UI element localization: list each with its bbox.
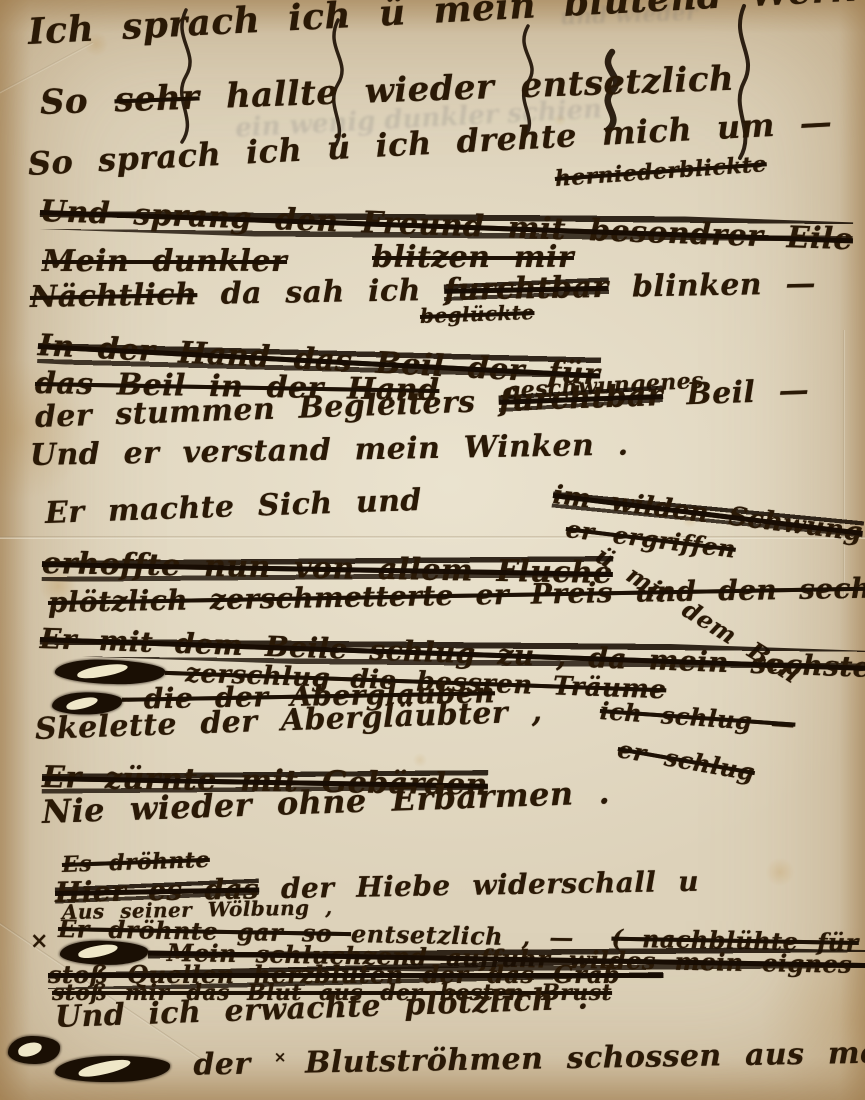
text-segment: der [170,1046,275,1083]
manuscript-line: Ich sprach ich ü mein blutend Werk , [27,0,865,52]
text-segment: blinken — [608,266,816,305]
text-segment: ich schlug — [599,696,796,739]
manuscript-line [8,1036,60,1064]
text-segment: herniederblickte [554,151,767,192]
manuscript-line: Mein dunkler [42,246,287,278]
text-segment: Beil — [662,373,809,413]
text-segment: blitzen mir [372,240,574,275]
manuscript-line: beglückte [420,302,535,327]
text-segment: er schlug [615,734,757,787]
text-segment: Und er verstand mein Winken . [30,428,629,473]
manuscript-line: ich schlug — [599,698,796,737]
manuscript-line: er schlug [616,736,757,785]
ink-blot [55,1055,170,1083]
manuscript-line: herniederblickte [554,153,767,191]
text-segment: × [274,1048,306,1067]
manuscript-line: Und er verstand mein Winken . [30,430,629,472]
manuscript-line: blitzen mir [372,242,574,274]
text-segment: Er machte Sich und [44,483,422,531]
text-segment: Mein dunkler [42,244,287,279]
ink-blot [8,1036,60,1064]
text-segment: So [39,80,115,123]
text-segment: beglückte [420,300,535,328]
text-segment: Blutströhmen schossen aus meiner Brust [305,1032,865,1080]
text-segment: Nächtlich [30,277,198,315]
text-segment: da sah ich [197,273,445,312]
text-segment: Ich sprach ich ü mein blutend Werk , [27,0,865,53]
fold-crease-vertical [843,330,845,600]
manuscript-line: der × Blutströhmen schossen aus meiner B… [55,1034,865,1083]
manuscript-page: ein wenig dunkler schien und wieder Ich … [0,0,865,1100]
text-segment: × [30,928,49,954]
text-segment: hallte wieder entsetzlich [199,59,735,118]
text-segment: sehr [114,77,200,120]
manuscript-line: × [30,930,49,953]
manuscript-line: Er machte Sich und [44,485,422,530]
text-segment: furchtbar [498,378,663,419]
